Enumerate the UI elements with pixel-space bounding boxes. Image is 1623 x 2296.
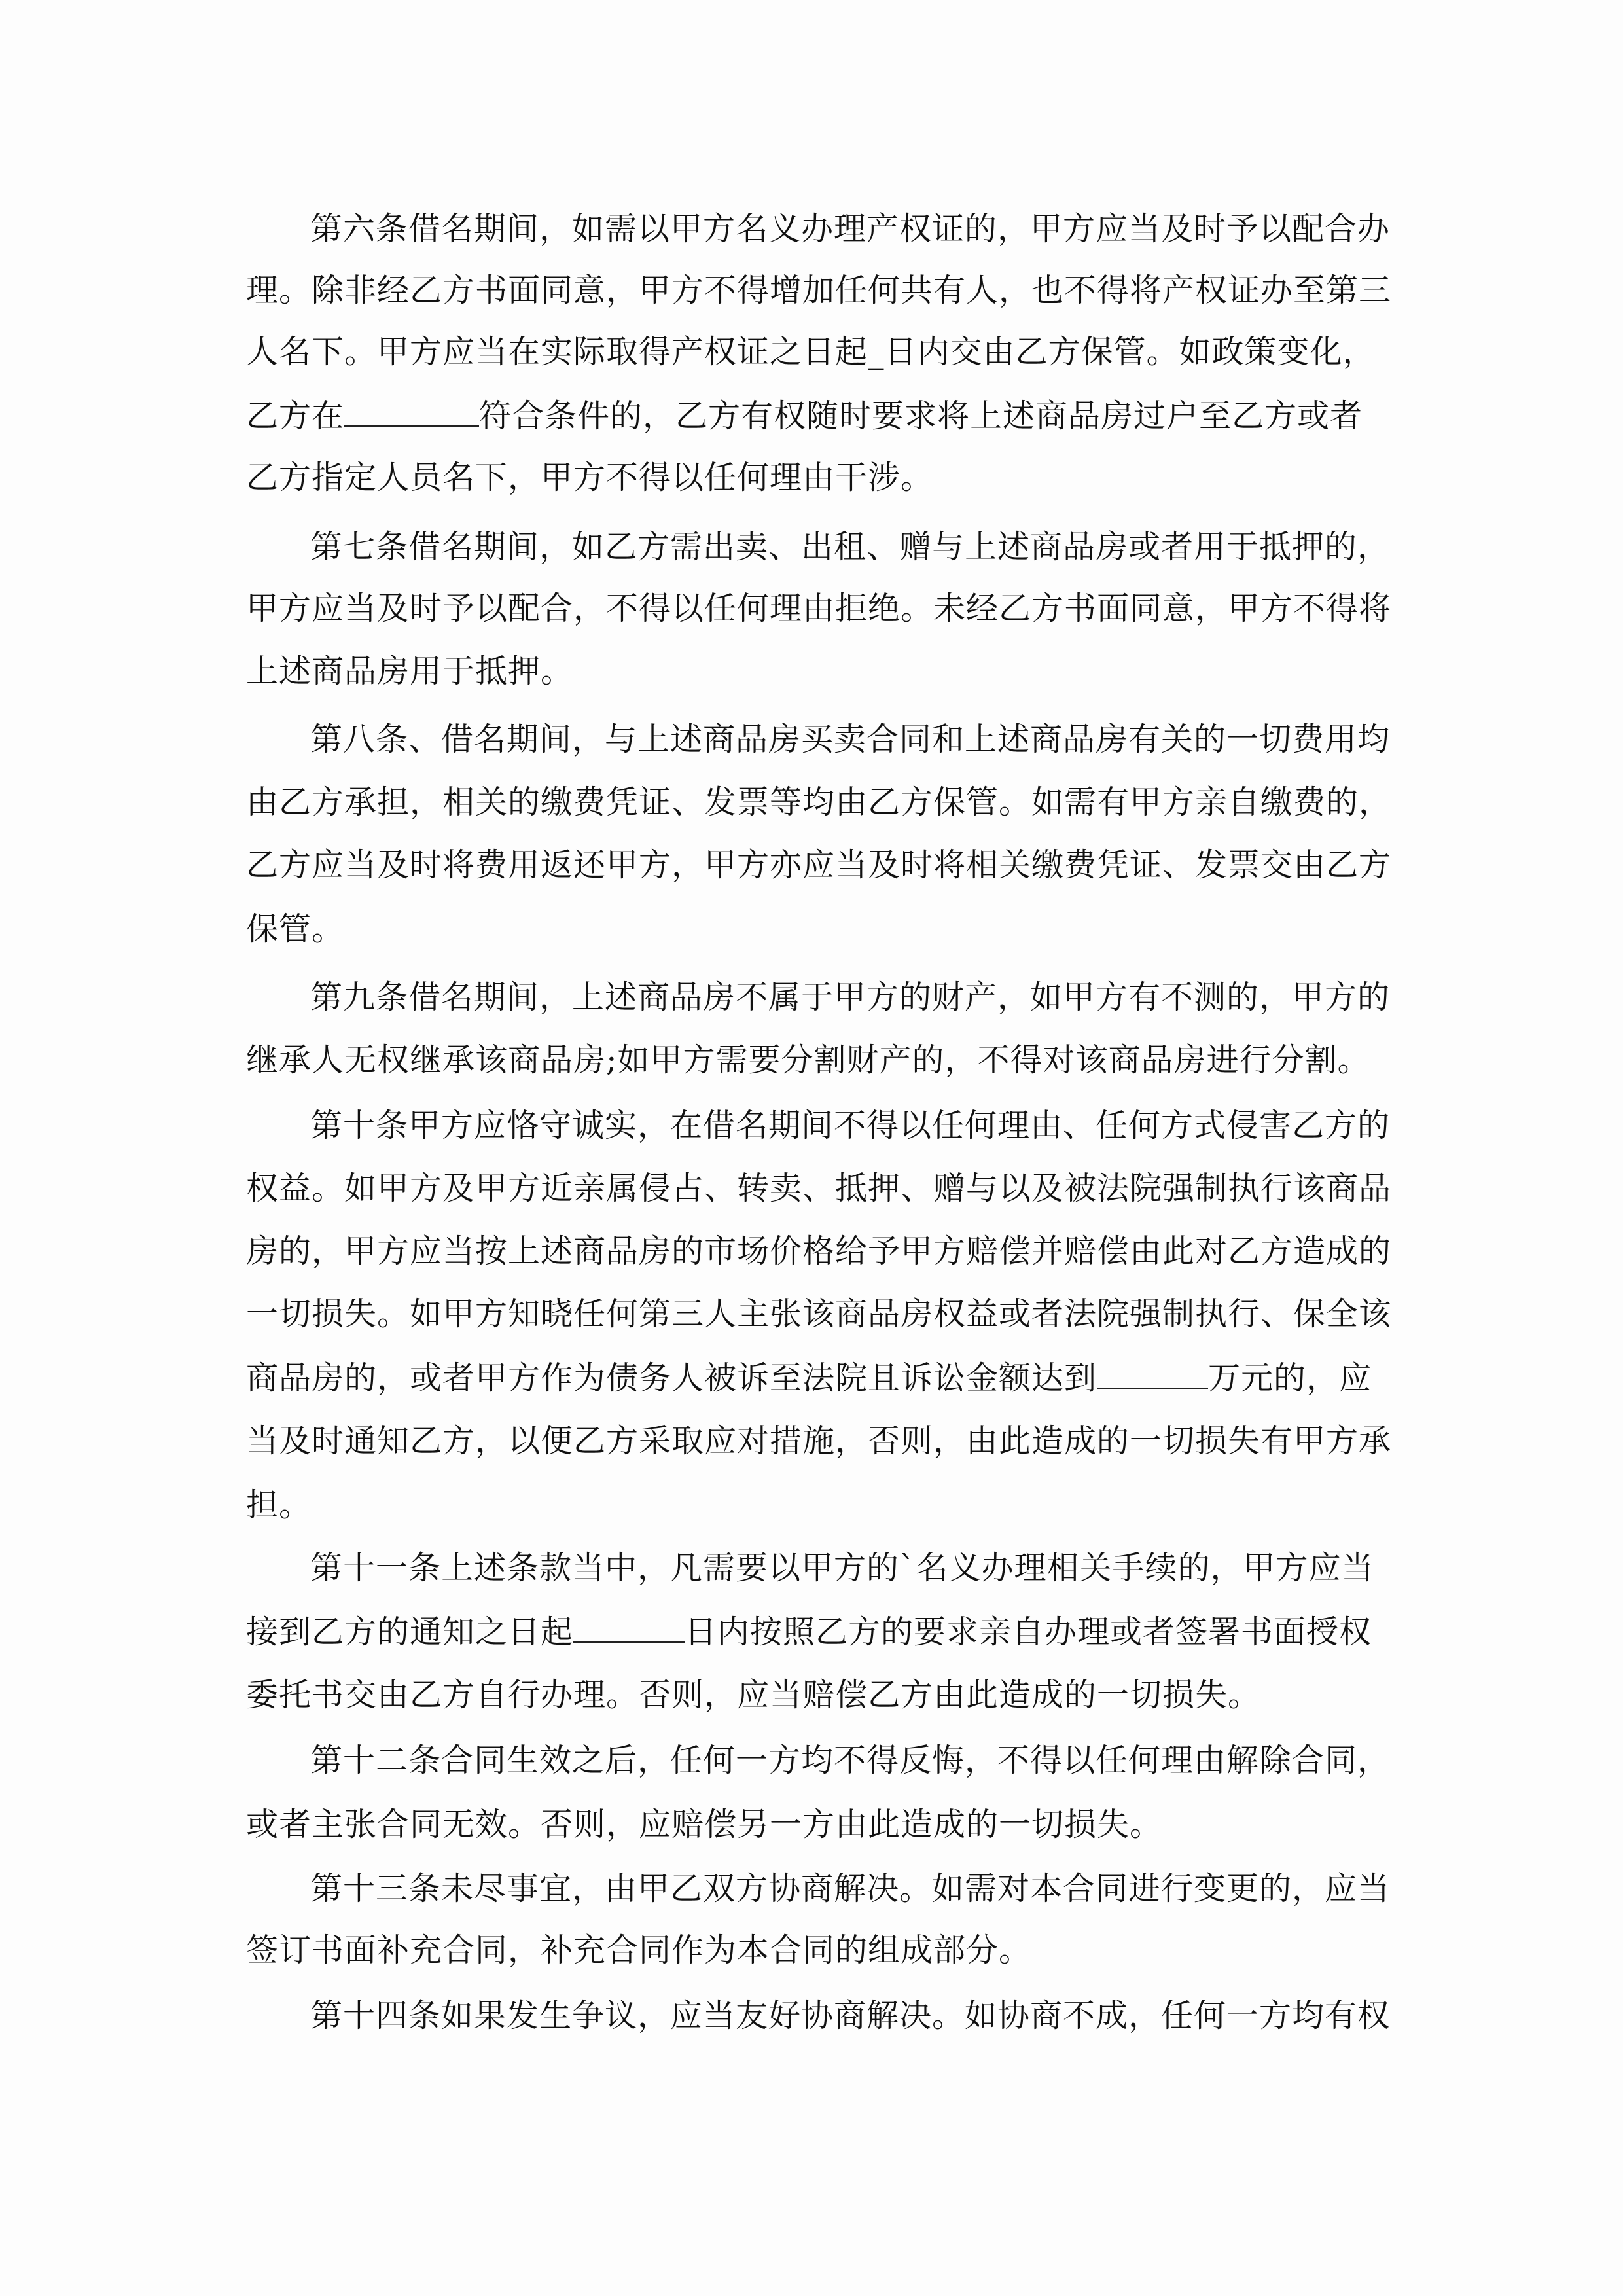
fill-in-blank[interactable] (1097, 1359, 1208, 1389)
article-11-line-2: 接到乙方的通知之日起日内按照乙方的要求亲自办理或者签署书面授权 (246, 1613, 1372, 1652)
article-9-line-2: 继承人无权继承该商品房;如甲方需要分割财产的，不得对该商品房进行分割。 (246, 1041, 1370, 1080)
article-10-line-5-start: 商品房的，或者甲方作为债务人被诉至法院且诉讼金额达到 (246, 1359, 1097, 1397)
article-7-line-2: 甲方应当及时予以配合，不得以任何理由拒绝。未经乙方书面同意，甲方不得将 (246, 589, 1391, 628)
article-10-line-3: 房的，甲方应当按上述商品房的市场价格给予甲方赔偿并赔偿由此对乙方造成的 (246, 1232, 1391, 1271)
article-11-line-2-end: 日内按照乙方的要求亲自办理或者签署书面授权 (685, 1613, 1372, 1651)
article-12-line-2: 或者主张合同无效。否则，应赔偿另一方由此造成的一切损失。 (246, 1805, 1162, 1844)
article-6-line-2: 理。除非经乙方书面同意，甲方不得增加任何共有人，也不得将产权证办至第三 (246, 271, 1391, 310)
article-10-line-2: 权益。如甲方及甲方近亲属侵占、转卖、抵押、赠与以及被法院强制执行该商品 (246, 1169, 1391, 1208)
article-11-line-3: 委托书交由乙方自行办理。否则，应当赔偿乙方由此造成的一切损失。 (246, 1676, 1260, 1715)
article-10-line-7: 担。 (246, 1486, 312, 1525)
article-10-line-4: 一切损失。如甲方知晓任何第三人主张该商品房权益或者法院强制执行、保全该 (246, 1295, 1391, 1334)
article-11-line-1: 第十一条上述条款当中，凡需要以甲方的`名义办理相关手续的，甲方应当 (310, 1549, 1374, 1588)
article-14-line-1: 第十四条如果发生争议，应当友好协商解决。如协商不成，任何一方均有权 (310, 1996, 1390, 2036)
article-9-line-1: 第九条借名期间，上述商品房不属于甲方的财产，如甲方有不测的，甲方的 (310, 978, 1390, 1017)
article-7-line-1: 第七条借名期间，如乙方需出卖、出租、赠与上述商品房或者用于抵押的， (310, 528, 1390, 567)
article-12-line-1: 第十二条合同生效之后，任何一方均不得反悔，不得以任何理由解除合同， (310, 1741, 1390, 1780)
article-13-line-1: 第十三条未尽事宜，由甲乙双方协商解决。如需对本合同进行变更的，应当 (310, 1869, 1390, 1909)
article-11-line-2-start: 接到乙方的通知之日起 (246, 1613, 573, 1651)
article-8-line-3: 乙方应当及时将费用返还甲方，甲方亦应当及时将相关缴费凭证、发票交由乙方 (246, 846, 1391, 885)
article-8-line-1: 第八条、借名期间，与上述商品房买卖合同和上述商品房有关的一切费用均 (310, 720, 1390, 759)
fill-in-blank[interactable] (344, 397, 479, 427)
article-10-line-1: 第十条甲方应恪守诚实，在借名期间不得以任何理由、任何方式侵害乙方的 (310, 1106, 1390, 1145)
article-13-line-2: 签订书面补充合同，补充合同作为本合同的组成部分。 (246, 1931, 1031, 1970)
article-8-line-4: 保管。 (246, 910, 344, 949)
document-page: 第六条借名期间，如需以甲方名义办理产权证的，甲方应当及时予以配合办 理。除非经乙… (0, 0, 1623, 2296)
article-8-line-2: 由乙方承担，相关的缴费凭证、发票等均由乙方保管。如需有甲方亲自缴费的， (246, 783, 1391, 822)
article-10-line-5: 商品房的，或者甲方作为债务人被诉至法院且诉讼金额达到万元的，应 (246, 1359, 1372, 1398)
article-6-line-3: 人名下。甲方应当在实际取得产权证之日起_日内交由乙方保管。如政策变化， (246, 332, 1376, 372)
article-6-line-5: 乙方指定人员名下，甲方不得以任何理由干涉。 (246, 458, 933, 497)
article-10-line-5-end: 万元的，应 (1208, 1359, 1372, 1397)
article-7-line-3: 上述商品房用于抵押。 (246, 652, 573, 691)
fill-in-blank[interactable] (573, 1613, 685, 1643)
article-6-line-1: 第六条借名期间，如需以甲方名义办理产权证的，甲方应当及时予以配合办 (310, 209, 1390, 249)
article-6-line-4-start: 乙方在 (246, 397, 344, 435)
article-6-line-4-end: 符合条件的，乙方有权随时要求将上述商品房过户至乙方或者 (479, 397, 1363, 435)
article-10-line-6: 当及时通知乙方，以便乙方采取应对措施，否则，由此造成的一切损失有甲方承 (246, 1422, 1391, 1461)
article-6-line-4: 乙方在符合条件的，乙方有权随时要求将上述商品房过户至乙方或者 (246, 397, 1363, 436)
